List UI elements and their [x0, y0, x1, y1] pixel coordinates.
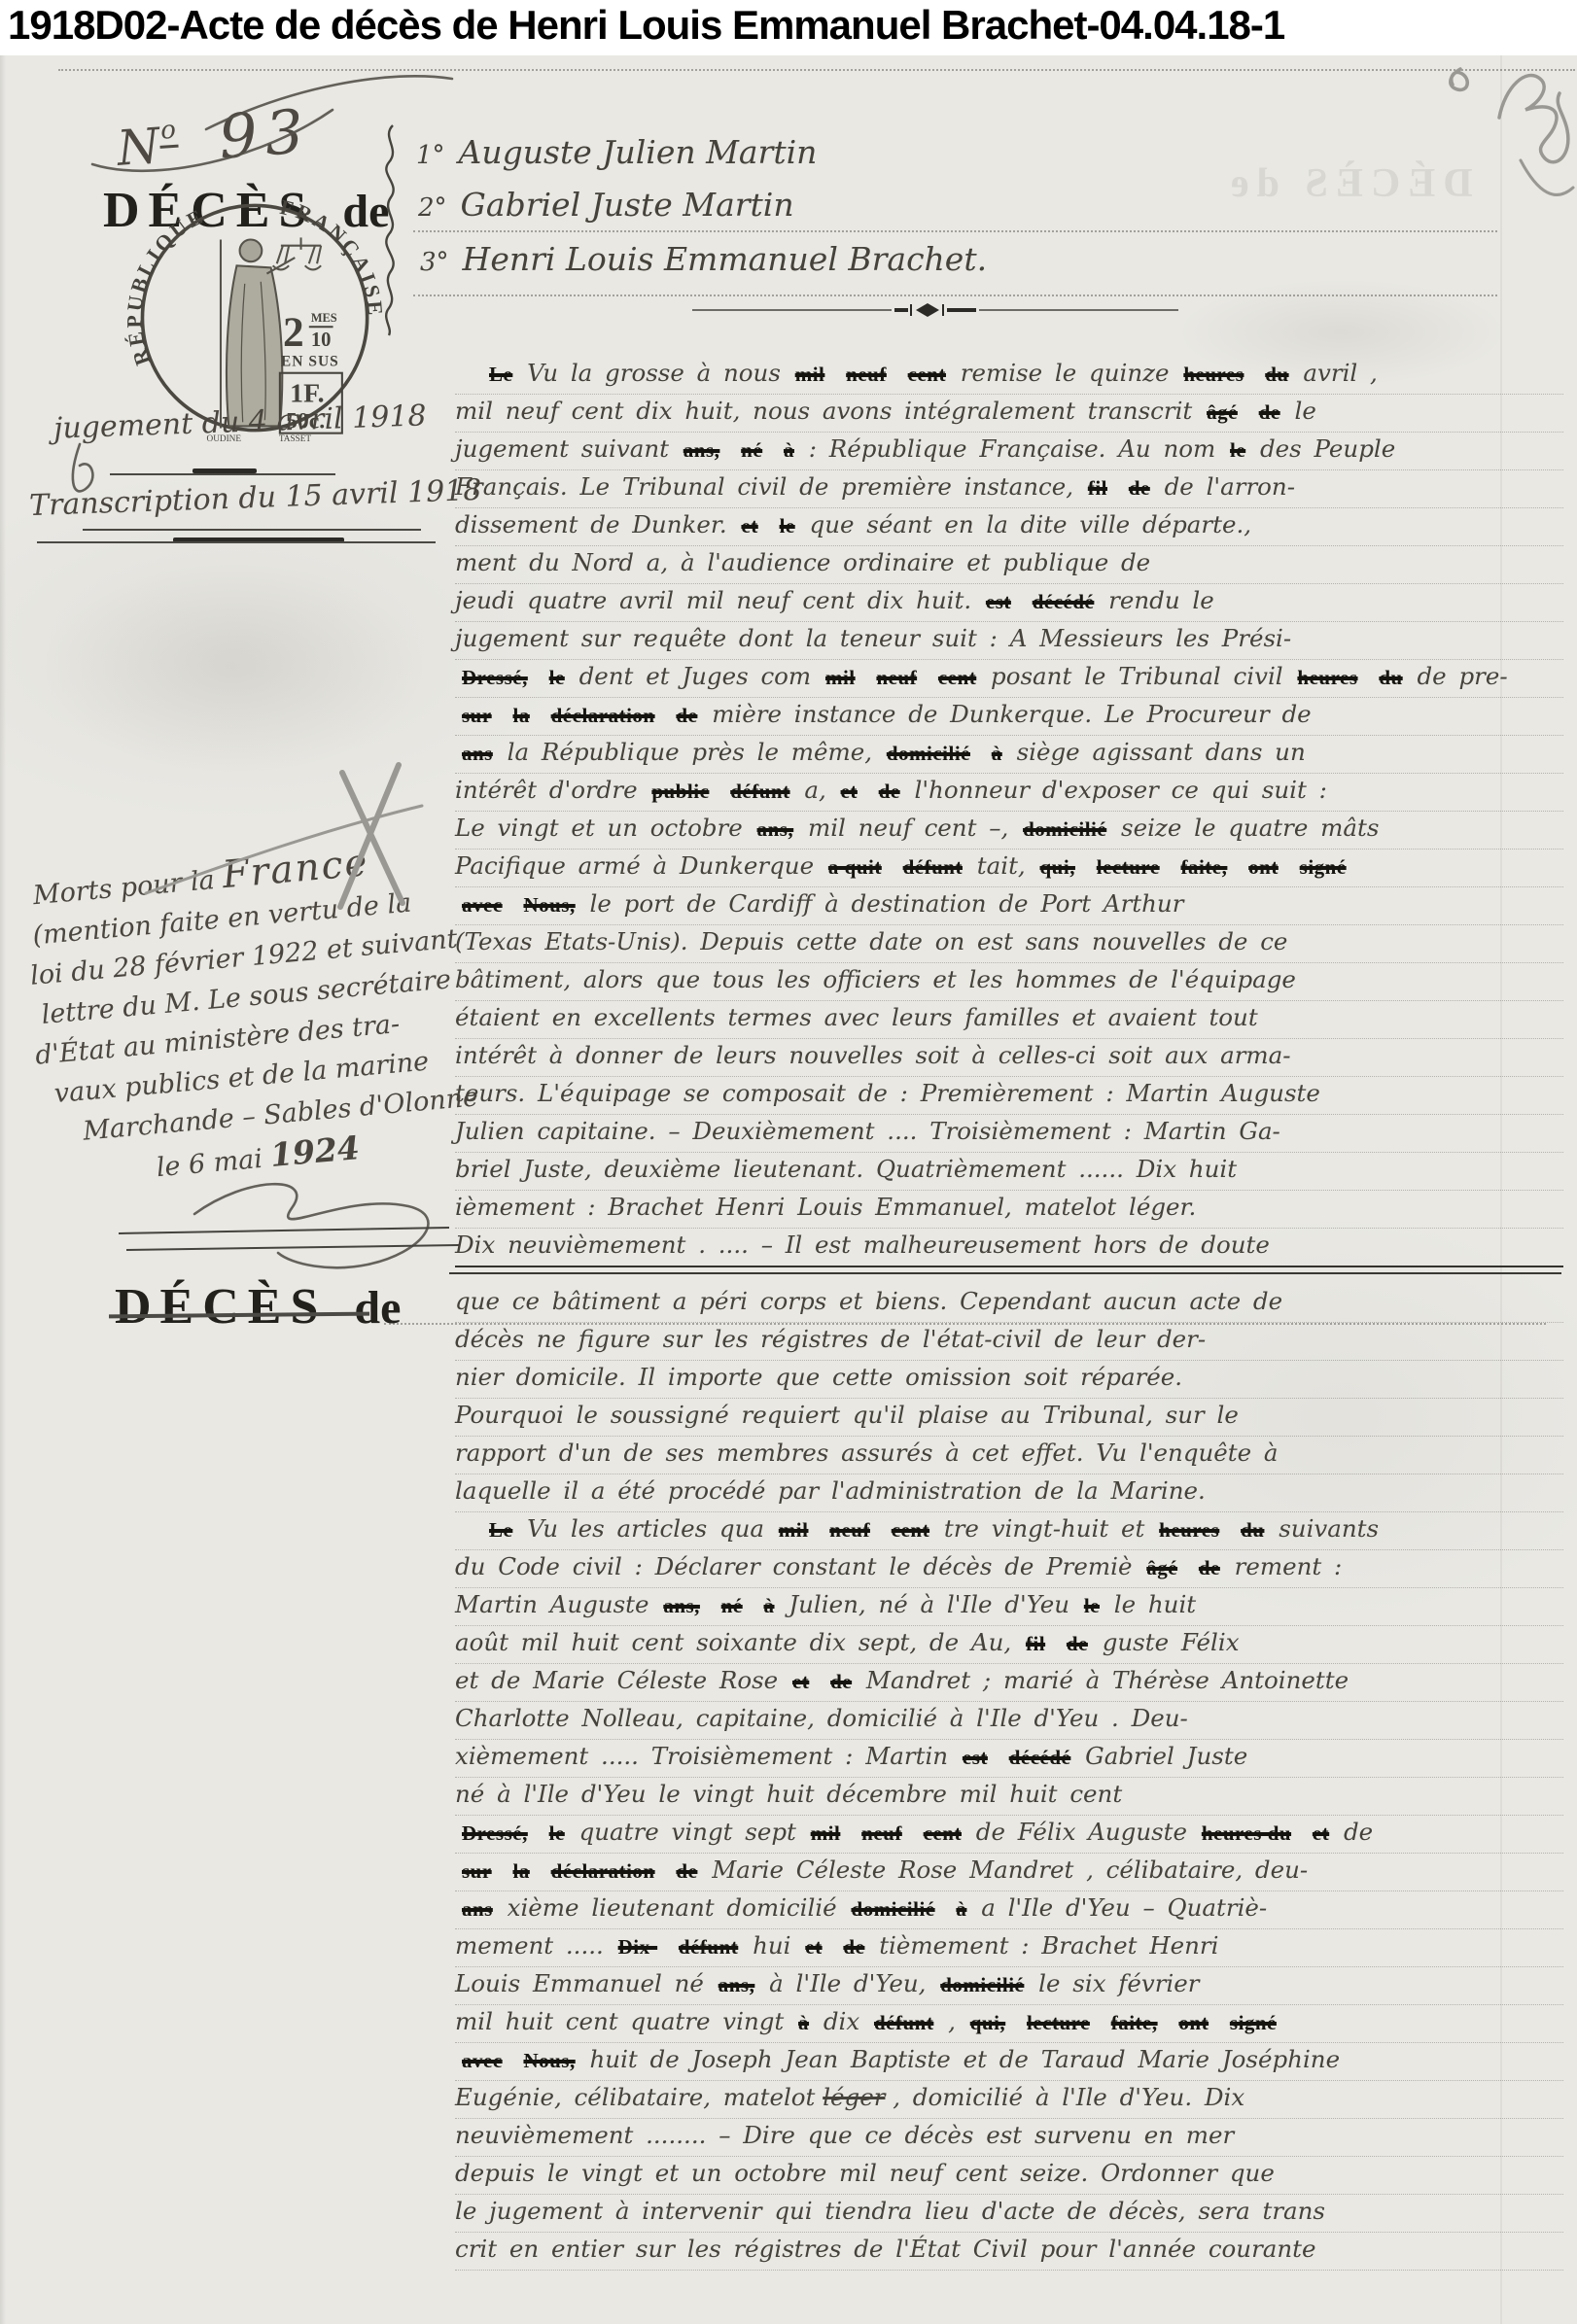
printed-form-word-struck: de	[1067, 1632, 1088, 1655]
handwritten-text: jeudi quatre avril mil neuf cent dix hui…	[455, 586, 971, 614]
body-line: intérêt d'ordre public défunt a, et de l…	[455, 774, 1563, 812]
handwritten-text: Louis Emmanuel né	[455, 1969, 704, 1997]
handwritten-text: le	[1294, 397, 1315, 425]
printed-form-word-struck: ans,	[663, 1594, 700, 1617]
printed-form-word-struck: et	[1313, 1821, 1329, 1845]
printed-form-word-struck: âgé	[1207, 400, 1238, 424]
printed-form-word-struck: cent	[924, 1821, 962, 1845]
printed-form-word-struck: le	[780, 514, 795, 538]
body-line: bâtiment, alors que tous les officiers e…	[455, 963, 1563, 1001]
body-line: mil neuf cent dix huit, nous avons intég…	[455, 395, 1563, 433]
printed-form-word-struck: de	[830, 1670, 852, 1693]
handwritten-text: Le vingt et un octobre	[455, 814, 743, 842]
handwritten-text: ,	[948, 2007, 956, 2035]
printed-form-word-struck: mil	[811, 1821, 841, 1845]
handwritten-text: août mil huit cent soixante dix sept, de…	[455, 1628, 1011, 1656]
pencil-scribble	[1499, 75, 1568, 161]
printed-form-word-struck: à	[956, 1897, 966, 1921]
body-line: du Code civil : Déclarer constant le déc…	[455, 1550, 1563, 1588]
printed-form-word-struck: neuf	[846, 363, 887, 386]
handwritten-text: avril ,	[1303, 359, 1377, 387]
printed-form-word-struck: qui,	[1040, 855, 1075, 879]
printed-form-word-struck: faite,	[1111, 2011, 1158, 2034]
handwritten-text: huit de Joseph Jean Baptiste et de Tarau…	[590, 2045, 1341, 2073]
handwritten-text: mement .....	[455, 1931, 604, 1960]
handwritten-text: hui	[753, 1931, 790, 1960]
handwritten-text: Vu les articles qua	[527, 1514, 764, 1543]
body-line: ièmement : Brachet Henri Louis Emmanuel,…	[455, 1191, 1563, 1229]
handwritten-text: briel Juste, deuxième lieutenant. Quatri…	[455, 1155, 1237, 1183]
deces-de: de	[354, 1282, 401, 1334]
printed-form-word-struck: Dix-	[618, 1935, 658, 1959]
handwritten-text: rapport d'un de ses membres assurés à ce…	[455, 1439, 1279, 1467]
body-line: Dix neuvièmement . .... – Il est malheur…	[455, 1229, 1563, 1267]
handwritten-text: posant le Tribunal civil	[991, 662, 1283, 690]
printed-form-word-struck: déclaration	[551, 1859, 655, 1883]
document-title: 1918D02-Acte de décès de Henri Louis Emm…	[8, 2, 1284, 49]
body-line: avec Nous, le port de Cardiff à destinat…	[455, 887, 1563, 925]
handwritten-text: nier domicile. Il importe que cette omis…	[455, 1363, 1182, 1391]
printed-form-word-struck: né	[741, 438, 762, 462]
handwritten-text: léger	[823, 2083, 885, 2111]
printed-form-word-struck: à	[784, 438, 794, 462]
body-line: Pacifique armé à Dunkerque a quit défunt…	[455, 850, 1563, 887]
handwritten-text: ment du Nord a, à l'audience ordinaire e…	[455, 548, 1150, 576]
handwritten-text: teurs. L'équipage se composait de : Prem…	[455, 1079, 1320, 1107]
body-line: depuis le vingt et un octobre mil neuf c…	[455, 2157, 1563, 2195]
printed-form-word-struck: cent	[938, 666, 976, 689]
printed-form-word-struck: ont	[1248, 855, 1279, 879]
handwritten-text: décès ne figure sur les régistres de l'é…	[455, 1325, 1206, 1353]
handwritten-text: xièmement ..... Troisièmement : Martin	[455, 1742, 948, 1770]
handwritten-text: laquelle il a été procédé par l'administ…	[455, 1476, 1206, 1505]
handwritten-text: depuis le vingt et un octobre mil neuf c…	[455, 2159, 1275, 2187]
printed-form-word-struck: fil	[1088, 476, 1107, 500]
handwritten-text: remise le quinze	[961, 359, 1170, 387]
printed-form-word-struck: décédé	[1033, 590, 1095, 613]
printed-form-word-struck: défunt	[903, 855, 963, 879]
printed-form-word-struck: mil	[779, 1518, 809, 1542]
handwritten-text: de pre-	[1418, 662, 1508, 690]
printed-form-word-struck: de	[676, 1859, 697, 1883]
body-line: ans xième lieutenant domicilié domicilié…	[455, 1891, 1563, 1929]
body-line: (Texas Etats-Unis). Depuis cette date on…	[455, 925, 1563, 963]
body-line: ment du Nord a, à l'audience ordinaire e…	[455, 546, 1563, 584]
handwritten-text: crit en entier sur les régistres de l'Ét…	[455, 2235, 1316, 2263]
body-line: août mil huit cent soixante dix sept, de…	[455, 1626, 1563, 1664]
body-line: Dressé, le dent et Juges com mil neuf ce…	[455, 660, 1563, 698]
printed-form-word-struck: domicilié	[1023, 817, 1106, 841]
printed-form-word-struck: de	[676, 704, 697, 727]
printed-form-word-struck: la	[512, 1859, 529, 1883]
handwritten-text: mil neuf cent dix huit, nous avons intég…	[455, 397, 1192, 425]
handwritten-text: de l'arron-	[1165, 472, 1295, 501]
handwritten-text: jugement sur requête dont la teneur suit…	[455, 624, 1291, 652]
body-line: laquelle il a été procédé par l'administ…	[455, 1474, 1563, 1512]
printed-form-word-struck: de	[843, 1935, 864, 1959]
scanned-death-record-page: 1918D02-Acte de décès de Henri Louis Emm…	[0, 0, 1577, 2324]
printed-form-word-struck: le	[1084, 1594, 1100, 1617]
handwritten-text: que ce bâtiment a péri corps et biens. C…	[455, 1287, 1282, 1315]
handwritten-text: que séant en la dite ville départe.,	[810, 510, 1252, 538]
handwritten-text: des Peuple	[1260, 434, 1395, 463]
body-line: ans la République près le même, domicili…	[455, 736, 1563, 774]
printed-form-word-struck: faite,	[1180, 855, 1227, 879]
handwritten-text: Français. Le Tribunal civil de première …	[455, 472, 1073, 501]
handwritten-text: dent et Juges com	[579, 662, 812, 690]
handwritten-text: dix	[824, 2007, 859, 2035]
handwritten-text: né à l'Ile d'Yeu le vingt huit décembre …	[455, 1780, 1122, 1808]
handwritten-text: rendu le	[1108, 586, 1214, 614]
body-line: que ce bâtiment a péri corps et biens. C…	[455, 1285, 1563, 1323]
printed-form-word-struck: public	[651, 780, 709, 803]
printed-form-word-struck: avec	[462, 893, 503, 917]
handwritten-text: Charlotte Nolleau, capitaine, domicilié …	[455, 1704, 1188, 1732]
printed-form-word-struck: défunt	[679, 1935, 738, 1959]
deces-heading-2: DÉCÈSde	[115, 1278, 401, 1335]
printed-form-word-struck: déclaration	[551, 704, 655, 727]
printed-form-word-struck: neuf	[829, 1518, 870, 1542]
body-line: Le Vu les articles qua mil neuf cent tre…	[455, 1512, 1563, 1550]
printed-form-word-struck: a quit	[828, 855, 882, 879]
handwritten-text: mil neuf cent –,	[808, 814, 1008, 842]
handwritten-text: seize le quatre mâts	[1121, 814, 1379, 842]
bleedthrough-heading: DÉCÈS de	[1223, 160, 1473, 207]
handwritten-text: neuvièmement ........ – Dire que ce décè…	[455, 2121, 1234, 2149]
deces-word: DÉCÈS	[115, 1279, 327, 1335]
printed-form-word-struck: défunt	[730, 780, 789, 803]
printed-form-word-struck: né	[721, 1594, 743, 1617]
printed-form-word-struck: signé	[1300, 855, 1347, 879]
printed-form-word-struck: lecture	[1027, 2011, 1090, 2034]
printed-form-word-struck: mil	[825, 666, 856, 689]
handwritten-text: quatre vingt sept	[579, 1818, 796, 1846]
printed-form-word-struck: du	[1241, 1518, 1264, 1542]
printed-form-word-struck: à	[798, 2011, 809, 2034]
printed-form-word-struck: Nous,	[523, 2049, 575, 2072]
printed-form-word-struck: ans,	[683, 438, 720, 462]
printed-form-word-struck: est	[986, 590, 1011, 613]
printed-form-word-struck: ont	[1178, 2011, 1209, 2034]
handwritten-text: jugement suivant	[455, 434, 669, 463]
handwritten-text: tait,	[977, 851, 1026, 880]
printed-form-word-struck: domicilié	[851, 1897, 934, 1921]
body-line: décès ne figure sur les régistres de l'é…	[455, 1323, 1563, 1361]
body-line: sur la déclaration de Marie Céleste Rose…	[455, 1854, 1563, 1891]
printed-form-word-struck: neuf	[861, 1821, 902, 1845]
body-line: Dressé, le quatre vingt sept mil neuf ce…	[455, 1816, 1563, 1854]
body-line: Français. Le Tribunal civil de première …	[455, 470, 1563, 508]
handwritten-text: le huit	[1114, 1590, 1196, 1618]
body-line: teurs. L'équipage se composait de : Prem…	[455, 1077, 1563, 1115]
body-line: Charlotte Nolleau, capitaine, domicilié …	[455, 1702, 1563, 1740]
handwritten-text: mil huit cent quatre vingt	[455, 2007, 784, 2035]
body-line: Julien capitaine. – Deuxièmement .... Tr…	[455, 1115, 1563, 1153]
printed-form-word-struck: ans,	[718, 1973, 755, 1996]
printed-form-word-struck: domicilié	[887, 742, 970, 765]
printed-form-word-struck: est	[963, 1746, 988, 1769]
printed-form-word-struck: lecture	[1097, 855, 1160, 879]
body-line: Eugénie, célibataire, matelot léger , do…	[455, 2081, 1563, 2119]
printed-form-word-struck: du	[1379, 666, 1402, 689]
paper-scan: No 93 DÉCÈSde RÉPUBLIQUE FRANÇAISE	[0, 55, 1577, 2324]
printed-form-word-struck: décédé	[1009, 1746, 1071, 1769]
body-line: rapport d'un de ses membres assurés à ce…	[455, 1437, 1563, 1474]
document-title-bar: 1918D02-Acte de décès de Henri Louis Emm…	[0, 0, 1577, 55]
printed-form-word-struck: sur	[462, 704, 492, 727]
handwritten-text: Vu la grosse à nous	[527, 359, 781, 387]
printed-form-word-struck: de	[879, 780, 900, 803]
body-line: briel Juste, deuxième lieutenant. Quatri…	[455, 1153, 1563, 1191]
handwritten-text: xième lieutenant domicilié	[508, 1893, 837, 1922]
printed-form-word-struck: ans	[462, 1897, 493, 1921]
handwritten-text: rement :	[1235, 1552, 1343, 1580]
handwritten-text: guste Félix	[1103, 1628, 1240, 1656]
printed-form-word-struck: cent	[892, 1518, 929, 1542]
handwritten-text: le six février	[1038, 1969, 1199, 1997]
printed-form-word-struck: à	[764, 1594, 775, 1617]
printed-form-word-struck: le	[549, 1821, 565, 1845]
printed-form-word-struck: qui,	[970, 2011, 1005, 2034]
printed-form-word-struck: Le	[489, 1518, 512, 1542]
handwritten-text: intérêt d'ordre	[455, 776, 638, 804]
body-line: nier domicile. Il importe que cette omis…	[455, 1361, 1563, 1399]
body-line: le jugement à intervenir qui tiendra lie…	[455, 2195, 1563, 2233]
body-line: né à l'Ile d'Yeu le vingt huit décembre …	[455, 1778, 1563, 1816]
handwritten-text: suivants	[1279, 1514, 1379, 1543]
handwritten-text: (Texas Etats-Unis). Depuis cette date on…	[455, 927, 1287, 955]
printed-form-word-struck: de	[1129, 476, 1150, 500]
body-line: jeudi quatre avril mil neuf cent dix hui…	[455, 584, 1563, 622]
handwritten-text: de	[1344, 1818, 1373, 1846]
printed-form-word-struck: heures du	[1202, 1821, 1291, 1845]
handwritten-text: ièmement : Brachet Henri Louis Emmanuel,…	[455, 1193, 1196, 1221]
handwritten-text: : République Française. Au nom	[809, 434, 1215, 463]
body-line: Le vingt et un octobre ans, mil neuf cen…	[455, 812, 1563, 850]
body-line: mement ..... Dix- défunt hui et de tième…	[455, 1929, 1563, 1967]
pencil-scribble	[1521, 160, 1573, 194]
body-line: intérêt à donner de leurs nouvelles soit…	[455, 1039, 1563, 1077]
printed-form-word-struck: à	[992, 742, 1002, 765]
handwritten-text: Julien, né à l'Ile d'Yeu	[788, 1590, 1069, 1618]
pencil-scribble	[1451, 69, 1468, 89]
printed-form-word-struck: heures	[1297, 666, 1357, 689]
handwritten-text: Julien capitaine. – Deuxièmement .... Tr…	[455, 1117, 1280, 1145]
handwritten-text: Dix neuvièmement . .... – Il est malheur…	[455, 1231, 1270, 1259]
printed-form-word-struck: Dressé,	[462, 666, 528, 689]
printed-form-word-struck: Le	[489, 363, 512, 386]
body-line: Pourquoi le soussigné requiert qu'il pla…	[455, 1399, 1563, 1437]
handwritten-text: Marie Céleste Rose Mandret , célibataire…	[712, 1856, 1308, 1884]
handwritten-text: Mandret ; marié à Thérèse Antoinette	[866, 1666, 1349, 1694]
handwritten-text: Pacifique armé à Dunkerque	[455, 851, 814, 880]
printed-form-word-struck: heures	[1183, 363, 1244, 386]
printed-form-word-struck: et	[741, 514, 757, 538]
printed-form-word-struck: signé	[1230, 2011, 1277, 2034]
handwritten-text: le jugement à intervenir qui tiendra lie…	[455, 2197, 1325, 2225]
body-line: xièmement ..... Troisièmement : Martin e…	[455, 1740, 1563, 1778]
handwritten-text: a l'Ile d'Yeu – Quatriè-	[981, 1893, 1267, 1922]
body-line: Martin Auguste ans, né à Julien, né à l'…	[455, 1588, 1563, 1626]
handwritten-text: Pourquoi le soussigné requiert qu'il pla…	[455, 1401, 1239, 1429]
body-line: Le Vu la grosse à nous mil neuf cent rem…	[455, 357, 1563, 395]
printed-form-word-struck: et	[792, 1670, 809, 1693]
handwritten-text: siège agissant dans un	[1017, 738, 1306, 766]
printed-form-word-struck: de	[1259, 400, 1280, 424]
handwritten-text: intérêt à donner de leurs nouvelles soit…	[455, 1041, 1291, 1069]
printed-form-word-struck: ans,	[757, 817, 794, 841]
body-line: mil huit cent quatre vingt à dix défunt …	[455, 2005, 1563, 2043]
handwritten-text: Eugénie, célibataire, matelot	[455, 2083, 815, 2111]
body-line: étaient en excellents termes avec leurs …	[455, 1001, 1563, 1039]
body-text: Le Vu la grosse à nous mil neuf cent rem…	[455, 357, 1563, 2271]
handwritten-text: la République près le même,	[508, 738, 872, 766]
handwritten-text: tièmement : Brachet Henri	[879, 1931, 1218, 1960]
handwritten-text: dissement de Dunker.	[455, 510, 727, 538]
printed-form-word-struck: Nous,	[523, 893, 575, 917]
printed-form-word-struck: le	[1230, 438, 1245, 462]
printed-form-word-struck: heures	[1159, 1518, 1219, 1542]
body-line: dissement de Dunker. et le que séant en …	[455, 508, 1563, 546]
body-line: Louis Emmanuel né ans, à l'Ile d'Yeu, do…	[455, 1967, 1563, 2005]
body-line: sur la déclaration de mière instance de …	[455, 698, 1563, 736]
printed-form-word-struck: avec	[462, 2049, 503, 2072]
handwritten-text: mière instance de Dunkerque. Le Procureu…	[712, 700, 1311, 728]
printed-form-word-struck: cent	[908, 363, 946, 386]
handwritten-text: tre vingt-huit et	[944, 1514, 1144, 1543]
printed-form-word-struck: domicilié	[940, 1973, 1024, 1996]
body-line: avec Nous, huit de Joseph Jean Baptiste …	[455, 2043, 1563, 2081]
body-line: et de Marie Céleste Rose et de Mandret ;…	[455, 1664, 1563, 1702]
printed-form-word-struck: et	[841, 780, 858, 803]
body-line: jugement suivant ans, né à : République …	[455, 433, 1563, 470]
printed-form-word-struck: le	[549, 666, 565, 689]
body-line: jugement sur requête dont la teneur suit…	[455, 622, 1563, 660]
handwritten-text: Gabriel Juste	[1085, 1742, 1247, 1770]
printed-form-word-struck: fil	[1026, 1632, 1045, 1655]
handwritten-text: a,	[804, 776, 825, 804]
body-line: crit en entier sur les régistres de l'Ét…	[455, 2233, 1563, 2271]
body-line: neuvièmement ........ – Dire que ce décè…	[455, 2119, 1563, 2157]
printed-form-word-struck: âgé	[1146, 1556, 1177, 1579]
handwritten-text: à l'Ile d'Yeu,	[769, 1969, 926, 1997]
printed-form-word-struck: ans	[462, 742, 493, 765]
printed-form-word-struck: mil	[795, 363, 825, 386]
printed-form-word-struck: et	[805, 1935, 822, 1959]
printed-form-word-struck: défunt	[874, 2011, 933, 2034]
printed-form-word-struck: la	[512, 704, 529, 727]
printed-form-word-struck: neuf	[876, 666, 917, 689]
handwritten-text: l'honneur d'exposer ce qui suit :	[914, 776, 1326, 804]
handwritten-text: bâtiment, alors que tous les officiers e…	[455, 965, 1296, 993]
printed-form-word-struck: Dressé,	[462, 1821, 528, 1845]
printed-form-word-struck: sur	[462, 1859, 492, 1883]
handwritten-text: Martin Auguste	[455, 1590, 649, 1618]
handwritten-text: de Félix Auguste	[976, 1818, 1187, 1846]
handwritten-text: étaient en excellents termes avec leurs …	[455, 1003, 1258, 1031]
handwritten-text: , domicilié à l'Ile d'Yeu. Dix	[893, 2083, 1244, 2111]
handwritten-text: le port de Cardiff à destination de Port…	[590, 889, 1184, 918]
handwritten-text: du Code civil : Déclarer constant le déc…	[455, 1552, 1132, 1580]
handwritten-text: et de Marie Céleste Rose	[455, 1666, 778, 1694]
printed-form-word-struck: du	[1265, 363, 1288, 386]
printed-form-word-struck: de	[1199, 1556, 1220, 1579]
